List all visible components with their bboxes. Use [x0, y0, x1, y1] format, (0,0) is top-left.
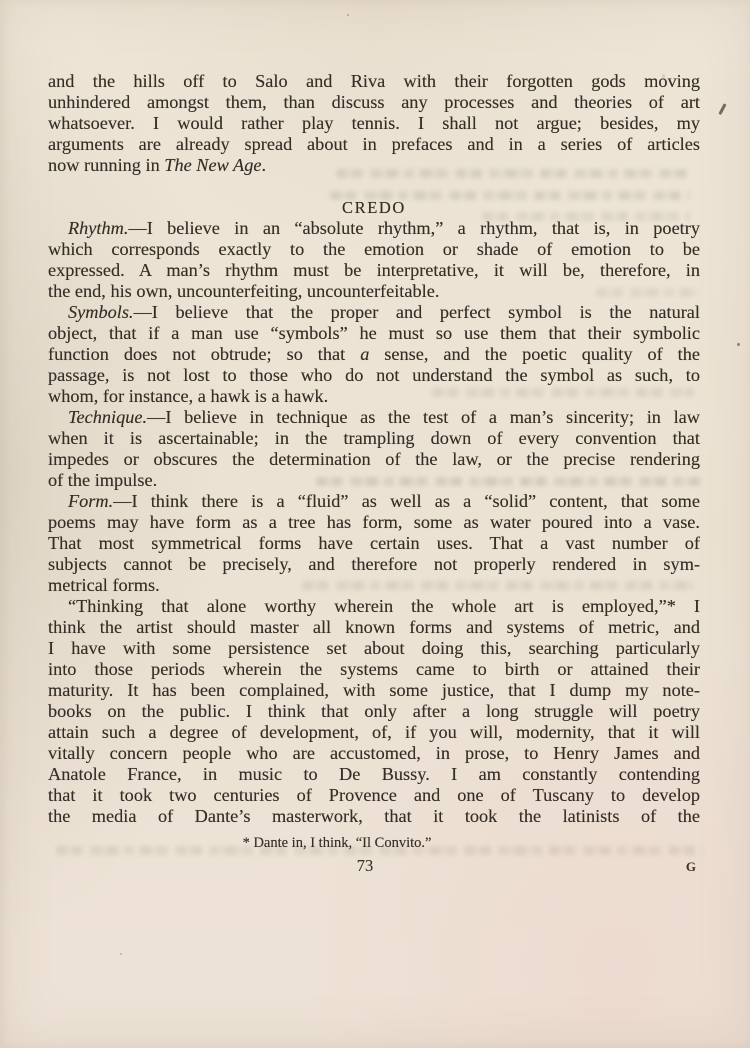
footnote: * Dante in, I think, “Il Convito.”: [48, 834, 700, 853]
text-line: Anatole France, in music to De Bussy. I …: [48, 764, 700, 785]
text-line: when it is ascertainable; in the trampli…: [48, 428, 700, 449]
text-line: into those periods wherein the systems c…: [48, 659, 700, 680]
text-line: metrical forms.: [48, 575, 700, 596]
text-line: and the hills off to Salo and Riva with …: [48, 71, 700, 92]
text-line: whom, for instance, a hawk is a hawk.: [48, 386, 700, 407]
text-line: expressed. A man’s rhythm must be interp…: [48, 260, 700, 281]
text-line: now running in The New Age.: [48, 155, 700, 176]
page-number: 73: [48, 856, 700, 876]
text-line: Symbols.—I believe that the proper and p…: [48, 302, 700, 323]
paper-fleck: [347, 14, 349, 16]
text-line: which corresponds exactly to the emotion…: [48, 239, 700, 260]
text-line: object, that if a man use “symbols” he m…: [48, 323, 700, 344]
opening-paragraph: and the hills off to Salo and Riva with …: [48, 71, 700, 176]
text-line: that it took two centuries of Provence a…: [48, 785, 700, 806]
thinking-paragraph: “Thinking that alone worthy wherein the …: [48, 596, 700, 827]
text-line: arguments are already spread about in pr…: [48, 134, 700, 155]
text-line: the media of Dante’s masterwork, that it…: [48, 806, 700, 827]
text-line: poems may have form as a tree has form, …: [48, 512, 700, 533]
text-line: Form.—I think there is a “fluid” as well…: [48, 491, 700, 512]
paper-fleck: [737, 343, 740, 346]
text-line: I have with some persistence set about d…: [48, 638, 700, 659]
rhythm-paragraph: Rhythm.—I believe in an “absolute rhythm…: [48, 218, 700, 302]
text-line: unhindered amongst them, than discuss an…: [48, 92, 700, 113]
text-line: the end, his own, uncounterfeiting, unco…: [48, 281, 700, 302]
credo-heading: CREDO: [48, 197, 700, 218]
signature-mark: G: [686, 859, 696, 875]
text-line: whatsoever. I would rather play tennis. …: [48, 113, 700, 134]
text-line: passage, is not lost to those who do not…: [48, 365, 700, 386]
pen-mark: [718, 103, 726, 115]
text-block: and the hills off to Salo and Riva with …: [48, 71, 700, 853]
text-line: vitally concern people who are accustome…: [48, 743, 700, 764]
text-line: Technique.—I believe in technique as the…: [48, 407, 700, 428]
text-line: That most symmetrical forms have certain…: [48, 533, 700, 554]
text-line: impedes or obscures the determination of…: [48, 449, 700, 470]
credo-paragraph-group: Rhythm.—I believe in an “absolute rhythm…: [48, 218, 700, 827]
text-line: maturity. It has been complained, with s…: [48, 680, 700, 701]
form-paragraph: Form.—I think there is a “fluid” as well…: [48, 491, 700, 596]
text-line: attain such a degree of development, of,…: [48, 722, 700, 743]
text-line: think the artist should master all known…: [48, 617, 700, 638]
text-line: of the impulse.: [48, 470, 700, 491]
book-page-scan: and the hills off to Salo and Riva with …: [0, 0, 750, 1048]
text-line: books on the public. I think that only a…: [48, 701, 700, 722]
text-line: function does not obtrude; so that a sen…: [48, 344, 700, 365]
text-line: “Thinking that alone worthy wherein the …: [48, 596, 700, 617]
text-line: subjects cannot be precisely, and theref…: [48, 554, 700, 575]
symbols-paragraph: Symbols.—I believe that the proper and p…: [48, 302, 700, 407]
text-line: Rhythm.—I believe in an “absolute rhythm…: [48, 218, 700, 239]
opening-paragraph-group: and the hills off to Salo and Riva with …: [48, 71, 700, 176]
technique-paragraph: Technique.—I believe in technique as the…: [48, 407, 700, 491]
paper-fleck: [120, 953, 122, 955]
